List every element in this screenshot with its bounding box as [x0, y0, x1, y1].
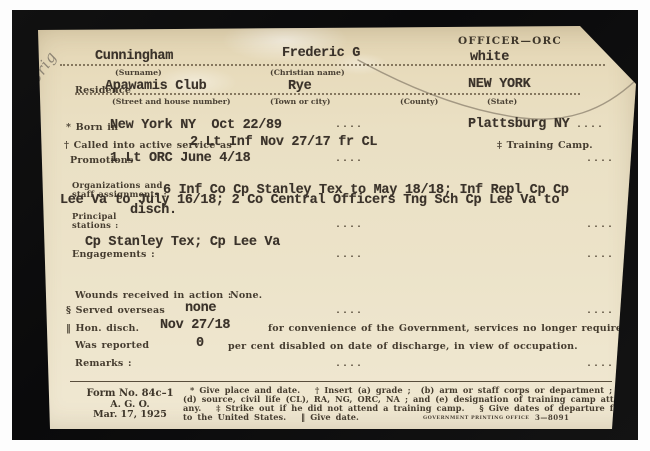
called-into-service-value: 2 Lt Inf Nov 27/17 fr CL: [190, 135, 377, 150]
dots-mark: ....: [576, 120, 604, 131]
christian-name-label: (Christian name): [270, 68, 345, 77]
race-value: white: [470, 50, 509, 65]
town-value: Rye: [288, 79, 311, 94]
dots-mark: ....: [586, 359, 614, 370]
footer-divider: [70, 381, 612, 382]
was-reported-label: Was reported: [75, 340, 149, 351]
dots-mark: ....: [335, 154, 363, 165]
card-classification: OFFICER—ORC: [458, 35, 562, 47]
remarks-label: Remarks :: [75, 358, 132, 369]
organizations-value-line3: disch.: [130, 203, 177, 218]
hon-discharge-note: for convenience of the Government, servi…: [268, 323, 632, 334]
footnote-line: to the United States. ‖ Give date.: [183, 413, 359, 422]
surname-label: (Surname): [115, 68, 162, 77]
dots-mark: ....: [335, 250, 363, 261]
form-number: Form No. 84c–1: [60, 388, 200, 399]
print-code: 3—8091: [535, 413, 569, 422]
dots-mark: ....: [586, 154, 614, 165]
dots-mark: ....: [586, 220, 614, 231]
hon-discharge-label: ‖ Hon. disch.: [66, 323, 139, 334]
training-camp-value: Plattsburg NY: [468, 117, 569, 132]
dots-mark: ....: [335, 359, 363, 370]
wounds-label: Wounds received in action :: [75, 290, 232, 301]
street-value: Apawamis Club: [105, 79, 206, 94]
dotted-leader: [75, 93, 580, 95]
dots-mark: ....: [335, 120, 363, 131]
dots-mark: ....: [335, 306, 363, 317]
state-label: (State): [487, 97, 517, 106]
christian-name-value: Frederic G: [282, 46, 360, 61]
state-value: NEW YORK: [468, 77, 530, 92]
disability-percent-value: 0: [196, 336, 204, 351]
disability-note: per cent disabled on date of discharge, …: [228, 341, 578, 352]
stations-label-line2: stations :: [72, 220, 118, 230]
born-value: New York NY Oct 22/89: [110, 118, 282, 133]
town-label: (Town or city): [270, 97, 330, 106]
printing-office-imprint: GOVERNMENT PRINTING OFFICE: [423, 415, 529, 421]
wounds-value: None.: [230, 290, 262, 301]
stations-value: Cp Stanley Tex; Cp Lee Va: [85, 235, 280, 250]
record-card: orig OFFICER—ORC white Cunningham Freder…: [30, 24, 640, 434]
promotions-value: 1 Lt ORC June 4/18: [110, 151, 250, 166]
served-overseas-label: § Served overseas: [66, 305, 165, 316]
dotted-leader: [60, 64, 605, 66]
dots-mark: ....: [335, 220, 363, 231]
training-camp-label: ‡ Training Camp.: [497, 140, 593, 151]
surname-value: Cunningham: [95, 49, 173, 64]
form-date: Mar. 17, 1925: [60, 409, 200, 420]
street-label: (Street and house number): [112, 97, 231, 106]
hon-discharge-value: Nov 27/18: [160, 318, 230, 333]
engagements-label: Engagements :: [72, 249, 155, 260]
county-label: (County): [400, 97, 438, 106]
served-overseas-value: none: [185, 301, 216, 316]
dots-mark: ....: [586, 306, 614, 317]
dots-mark: ....: [586, 250, 614, 261]
